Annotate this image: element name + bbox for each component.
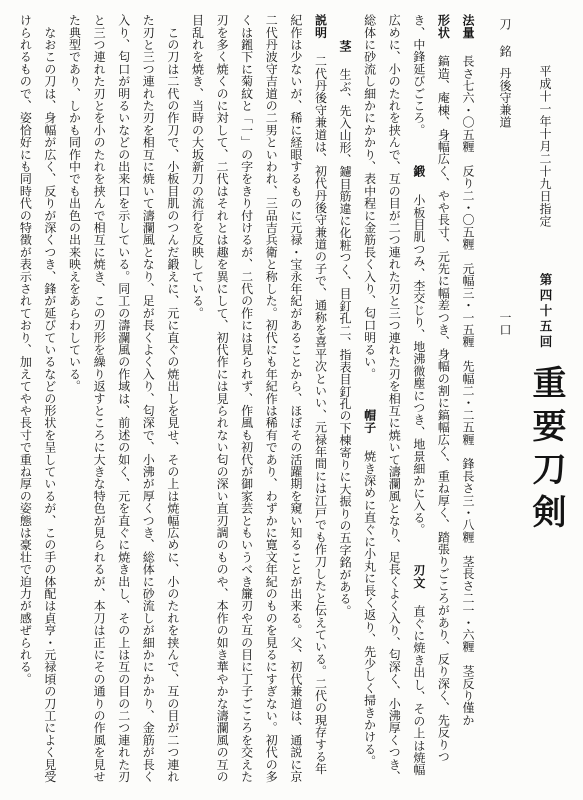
- sword-count: 一口: [498, 311, 512, 335]
- explanation-paragraph-1: 二代丹後守兼道は、初代丹後守兼道の子で、通称を喜平次といい、元禄年間には江戸でも…: [190, 14, 327, 783]
- mei-label: 銘: [498, 45, 512, 57]
- measurements-label: 法量: [461, 14, 475, 38]
- forging-text: 小板目肌つみ、杢交じり、地沸微塵につき、地景細かに入る。: [412, 194, 426, 536]
- forging-label: 鍛: [412, 165, 426, 177]
- designation-date: 平成十一年十月二十九日指定: [538, 65, 552, 228]
- mei-value: 丹後守兼道: [498, 67, 512, 128]
- vertical-text-flow: 平成十一年十月二十九日指定 第四十五回 重要刀剣 刀 銘 丹後守兼道 一口 法量…: [13, 14, 565, 786]
- shape-label: 形状: [436, 14, 450, 38]
- section-explanation: 説明 二代丹後守兼道は、初代丹後守兼道の子で、通称を喜平次といい、元禄年間には江…: [185, 14, 333, 786]
- explanation-paragraph-3: なおこの刀は、身幅が広く、反りが深くつき、鋒が延びているなどの形状を呈しているが…: [13, 14, 62, 786]
- certificate-page: 平成十一年十月二十九日指定 第四十五回 重要刀剣 刀 銘 丹後守兼道 一口 法量…: [0, 0, 583, 800]
- tang-label: 茎: [338, 40, 352, 52]
- designation-session: 第四十五回: [538, 273, 552, 351]
- boshi-label: 帽子: [363, 409, 377, 433]
- page-title: 重要刀剣: [527, 365, 564, 537]
- hamon-label: 刃文: [412, 564, 426, 588]
- sword-signature-column: 刀 銘 丹後守兼道 一口: [492, 14, 517, 786]
- section-description-block: 形状 鎬造、庵棟、身幅広く、やや長寸、元先に幅差つき、身幅の割に鎬幅広く、重ね厚…: [332, 14, 455, 786]
- explanation-paragraph-2: この刀は二代の作刀で、小板目肌のつんだ鍛えに、元に直ぐの焼出しを見せ、その上は焼…: [62, 14, 185, 786]
- explanation-label: 説明: [313, 14, 327, 38]
- section-measurements: 法量 長さ七六・〇五糎 反り二・〇五糎 元幅三・一五糎 先幅二・二五糎 鋒長さ三…: [455, 14, 480, 786]
- sword-type: 刀: [498, 18, 512, 30]
- measurements-text: 長さ七六・〇五糎 反り二・〇五糎 元幅三・一五糎 先幅二・二五糎 鋒長さ三・八糎…: [461, 55, 475, 726]
- tang-text: 生ぶ、先入山形、鑢目筋違に化粧つく、目釘孔二、指表目釘孔の下棟寄りに大振りの五字…: [338, 68, 352, 617]
- designation-header: 平成十一年十月二十九日指定 第四十五回 重要刀剣: [525, 14, 565, 786]
- boshi-text: 焼き深めに直ぐに小丸に長く返り、先少しく掃きかける。: [363, 450, 377, 767]
